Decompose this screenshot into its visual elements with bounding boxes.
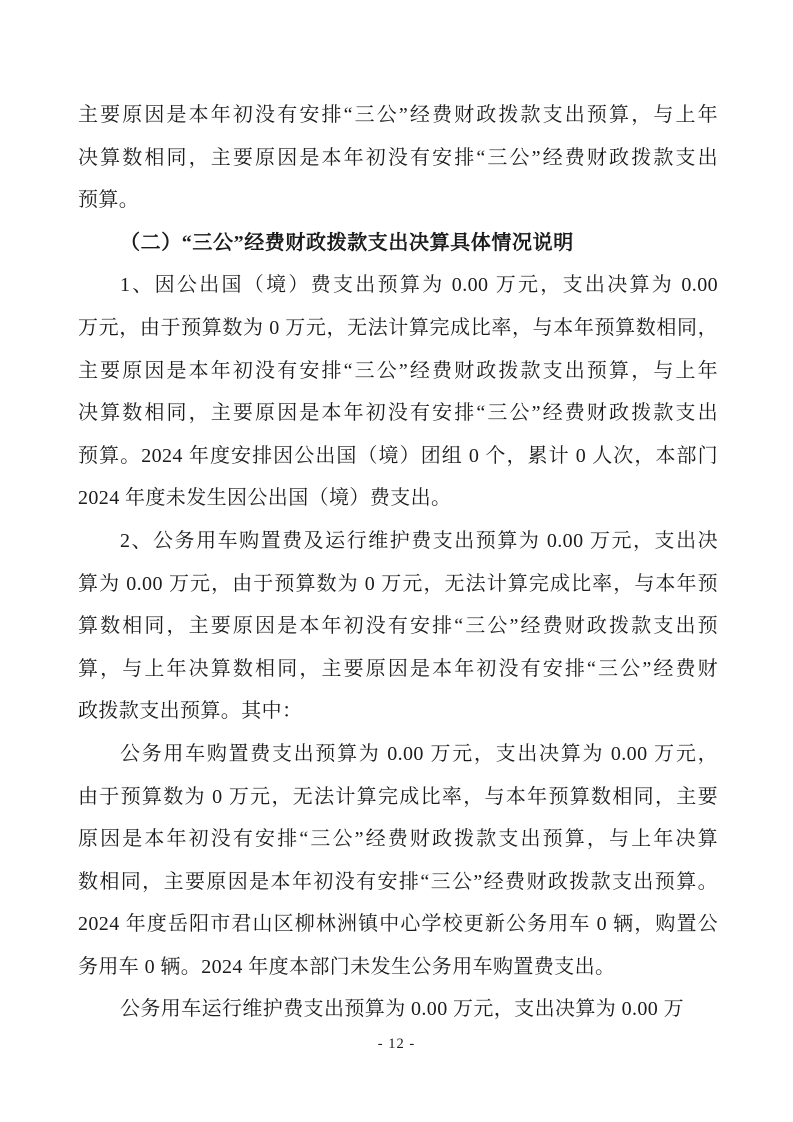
- text-line: 原因是本年初没有安排“三公”经费财政拨款支出预算，与上年决算: [78, 818, 718, 861]
- text-line: 2024 年度未发生因公出国（境）费支出。: [78, 477, 718, 520]
- text-line: 预算。: [78, 179, 718, 222]
- text-line: 算数相同，主要原因是本年初没有安排“三公”经费财政拨款支出预: [78, 605, 718, 648]
- text-line: 算为 0.00 万元，由于预算数为 0 万元，无法计算完成比率，与本年预: [78, 563, 718, 606]
- section-heading: （二）“三公”经费财政拨款支出决算具体情况说明: [78, 222, 718, 265]
- text-line: 务用车 0 辆。2024 年度本部门未发生公务用车购置费支出。: [78, 946, 718, 989]
- text-line: 算，与上年决算数相同，主要原因是本年初没有安排“三公”经费财: [78, 648, 718, 691]
- text-line: 1、因公出国（境）费支出预算为 0.00 万元，支出决算为 0.00: [78, 264, 718, 307]
- text-line: 数相同，主要原因是本年初没有安排“三公”经费财政拨款支出预算。: [78, 861, 718, 904]
- document-body: 主要原因是本年初没有安排“三公”经费财政拨款支出预算，与上年决算数相同，主要原因…: [78, 94, 718, 1031]
- text-line: 决算数相同，主要原因是本年初没有安排“三公”经费财政拨款支出: [78, 392, 718, 435]
- text-line: 公务用车购置费支出预算为 0.00 万元，支出决算为 0.00 万元，: [78, 733, 718, 776]
- text-line: 主要原因是本年初没有安排“三公”经费财政拨款支出预算，与上年: [78, 94, 718, 137]
- text-line: 决算数相同，主要原因是本年初没有安排“三公”经费财政拨款支出: [78, 137, 718, 180]
- text-line: 政拨款支出预算。其中：: [78, 690, 718, 733]
- text-line: 预算。2024 年度安排因公出国（境）团组 0 个，累计 0 人次，本部门: [78, 435, 718, 478]
- text-line: 公务用车运行维护费支出预算为 0.00 万元，支出决算为 0.00 万: [78, 988, 718, 1031]
- text-line: 2024 年度岳阳市君山区柳林洲镇中心学校更新公务用车 0 辆，购置公: [78, 903, 718, 946]
- text-line: 2、公务用车购置费及运行维护费支出预算为 0.00 万元，支出决: [78, 520, 718, 563]
- text-line: 万元，由于预算数为 0 万元，无法计算完成比率，与本年预算数相同，: [78, 307, 718, 350]
- text-line: 主要原因是本年初没有安排“三公”经费财政拨款支出预算，与上年: [78, 350, 718, 393]
- document-page: 主要原因是本年初没有安排“三公”经费财政拨款支出预算，与上年决算数相同，主要原因…: [0, 0, 793, 1122]
- page-number: - 12 -: [0, 1036, 793, 1053]
- text-line: 由于预算数为 0 万元，无法计算完成比率，与本年预算数相同，主要: [78, 776, 718, 819]
